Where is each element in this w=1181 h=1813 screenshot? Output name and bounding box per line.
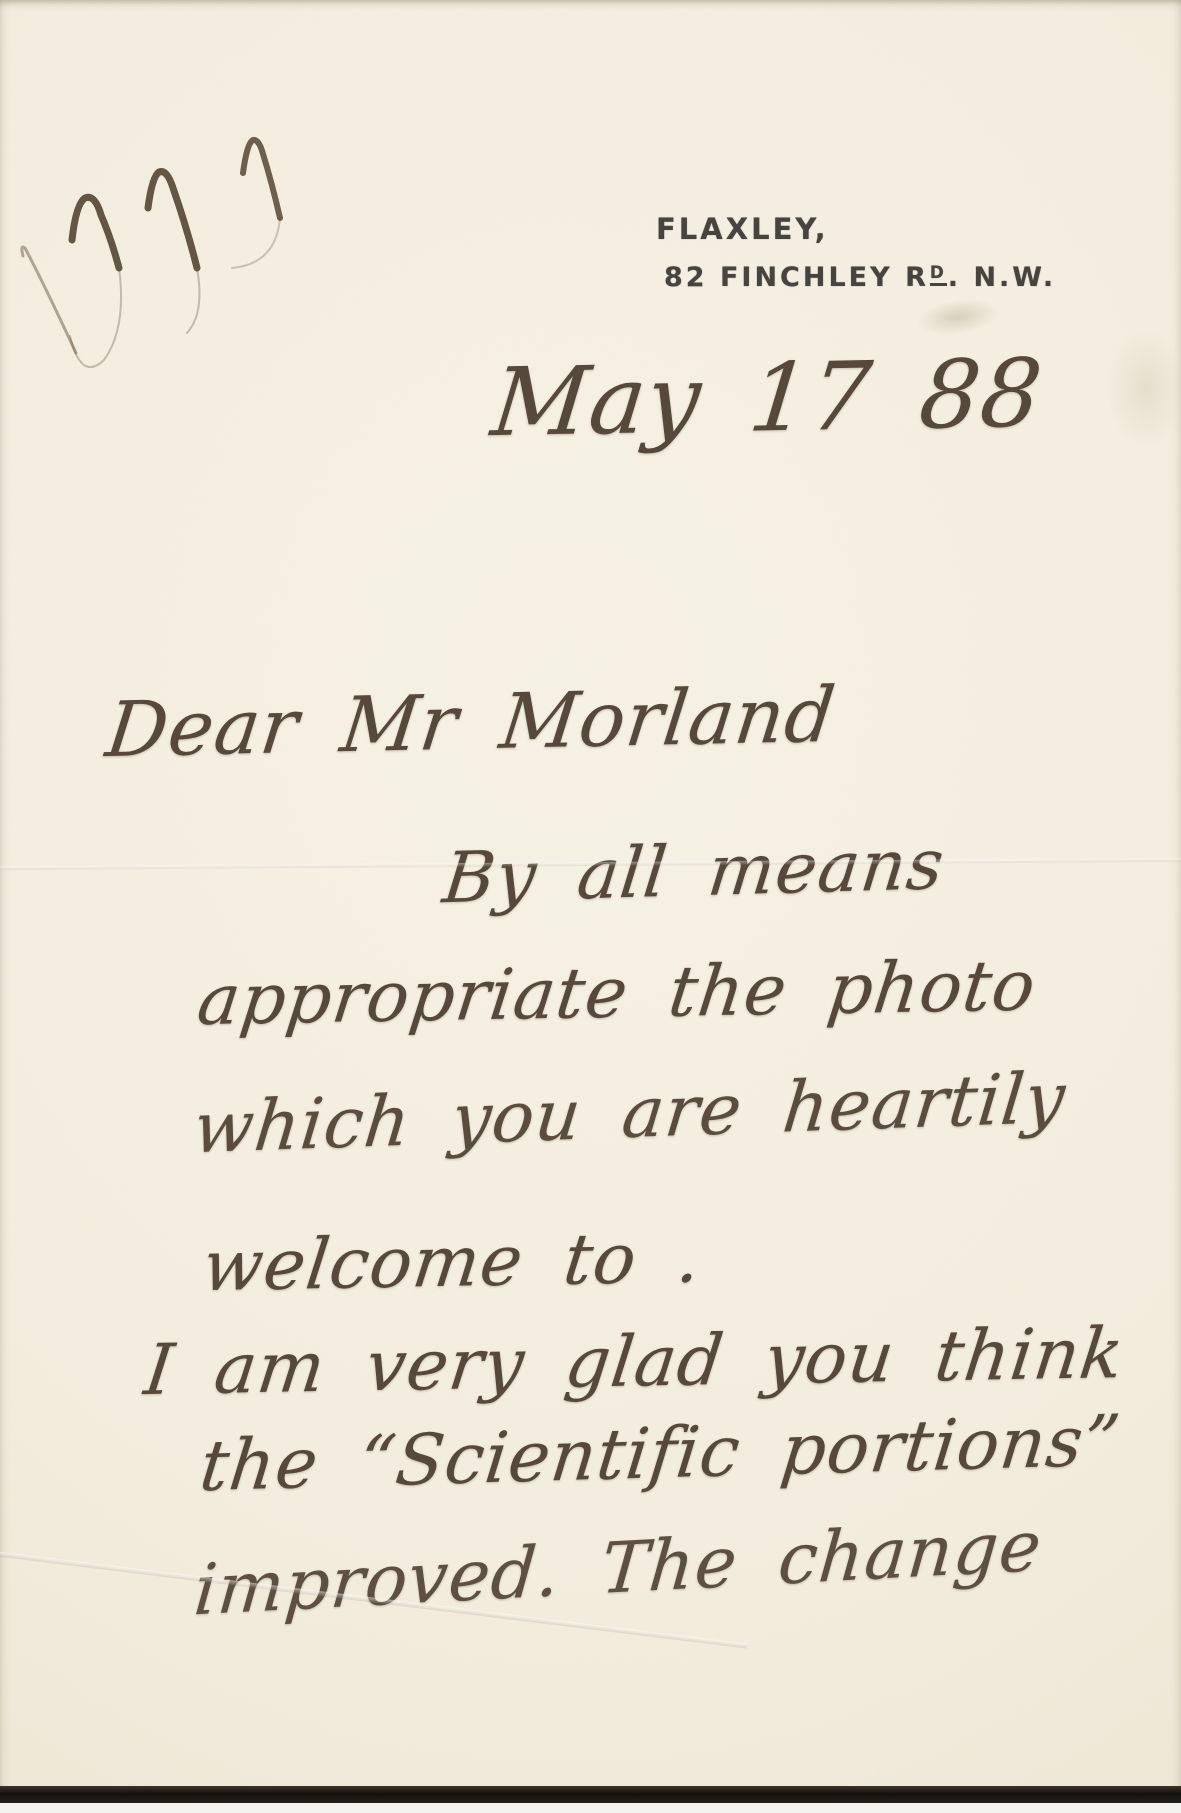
letterhead-address-superscript: D <box>930 262 947 286</box>
scan-edge-shadow <box>0 1786 1181 1803</box>
letterhead-house-name: FLAXLEY, <box>656 212 829 246</box>
handwritten-date: May 17 88 <box>487 342 1047 455</box>
paper-stain <box>1106 328 1181 448</box>
letterhead-address-suffix: . N.W. <box>948 262 1056 293</box>
body-line: I am very glad you think <box>141 1315 1129 1409</box>
salutation-line: Dear Mr Morland <box>102 673 840 772</box>
body-line: By all means <box>439 826 948 917</box>
letterhead-address: 82 FINCHLEY RD. N.W. <box>664 262 1056 293</box>
letter-scan: FLAXLEY, 82 FINCHLEY RD. N.W. May 17 88 … <box>0 0 1181 1813</box>
letterhead-address-text: 82 FINCHLEY R <box>664 262 929 293</box>
scan-backing <box>0 1803 1181 1813</box>
corner-pen-marks-icon <box>6 86 306 426</box>
body-line: appropriate the photo <box>194 947 1041 1039</box>
body-line: welcome to . <box>199 1219 706 1305</box>
